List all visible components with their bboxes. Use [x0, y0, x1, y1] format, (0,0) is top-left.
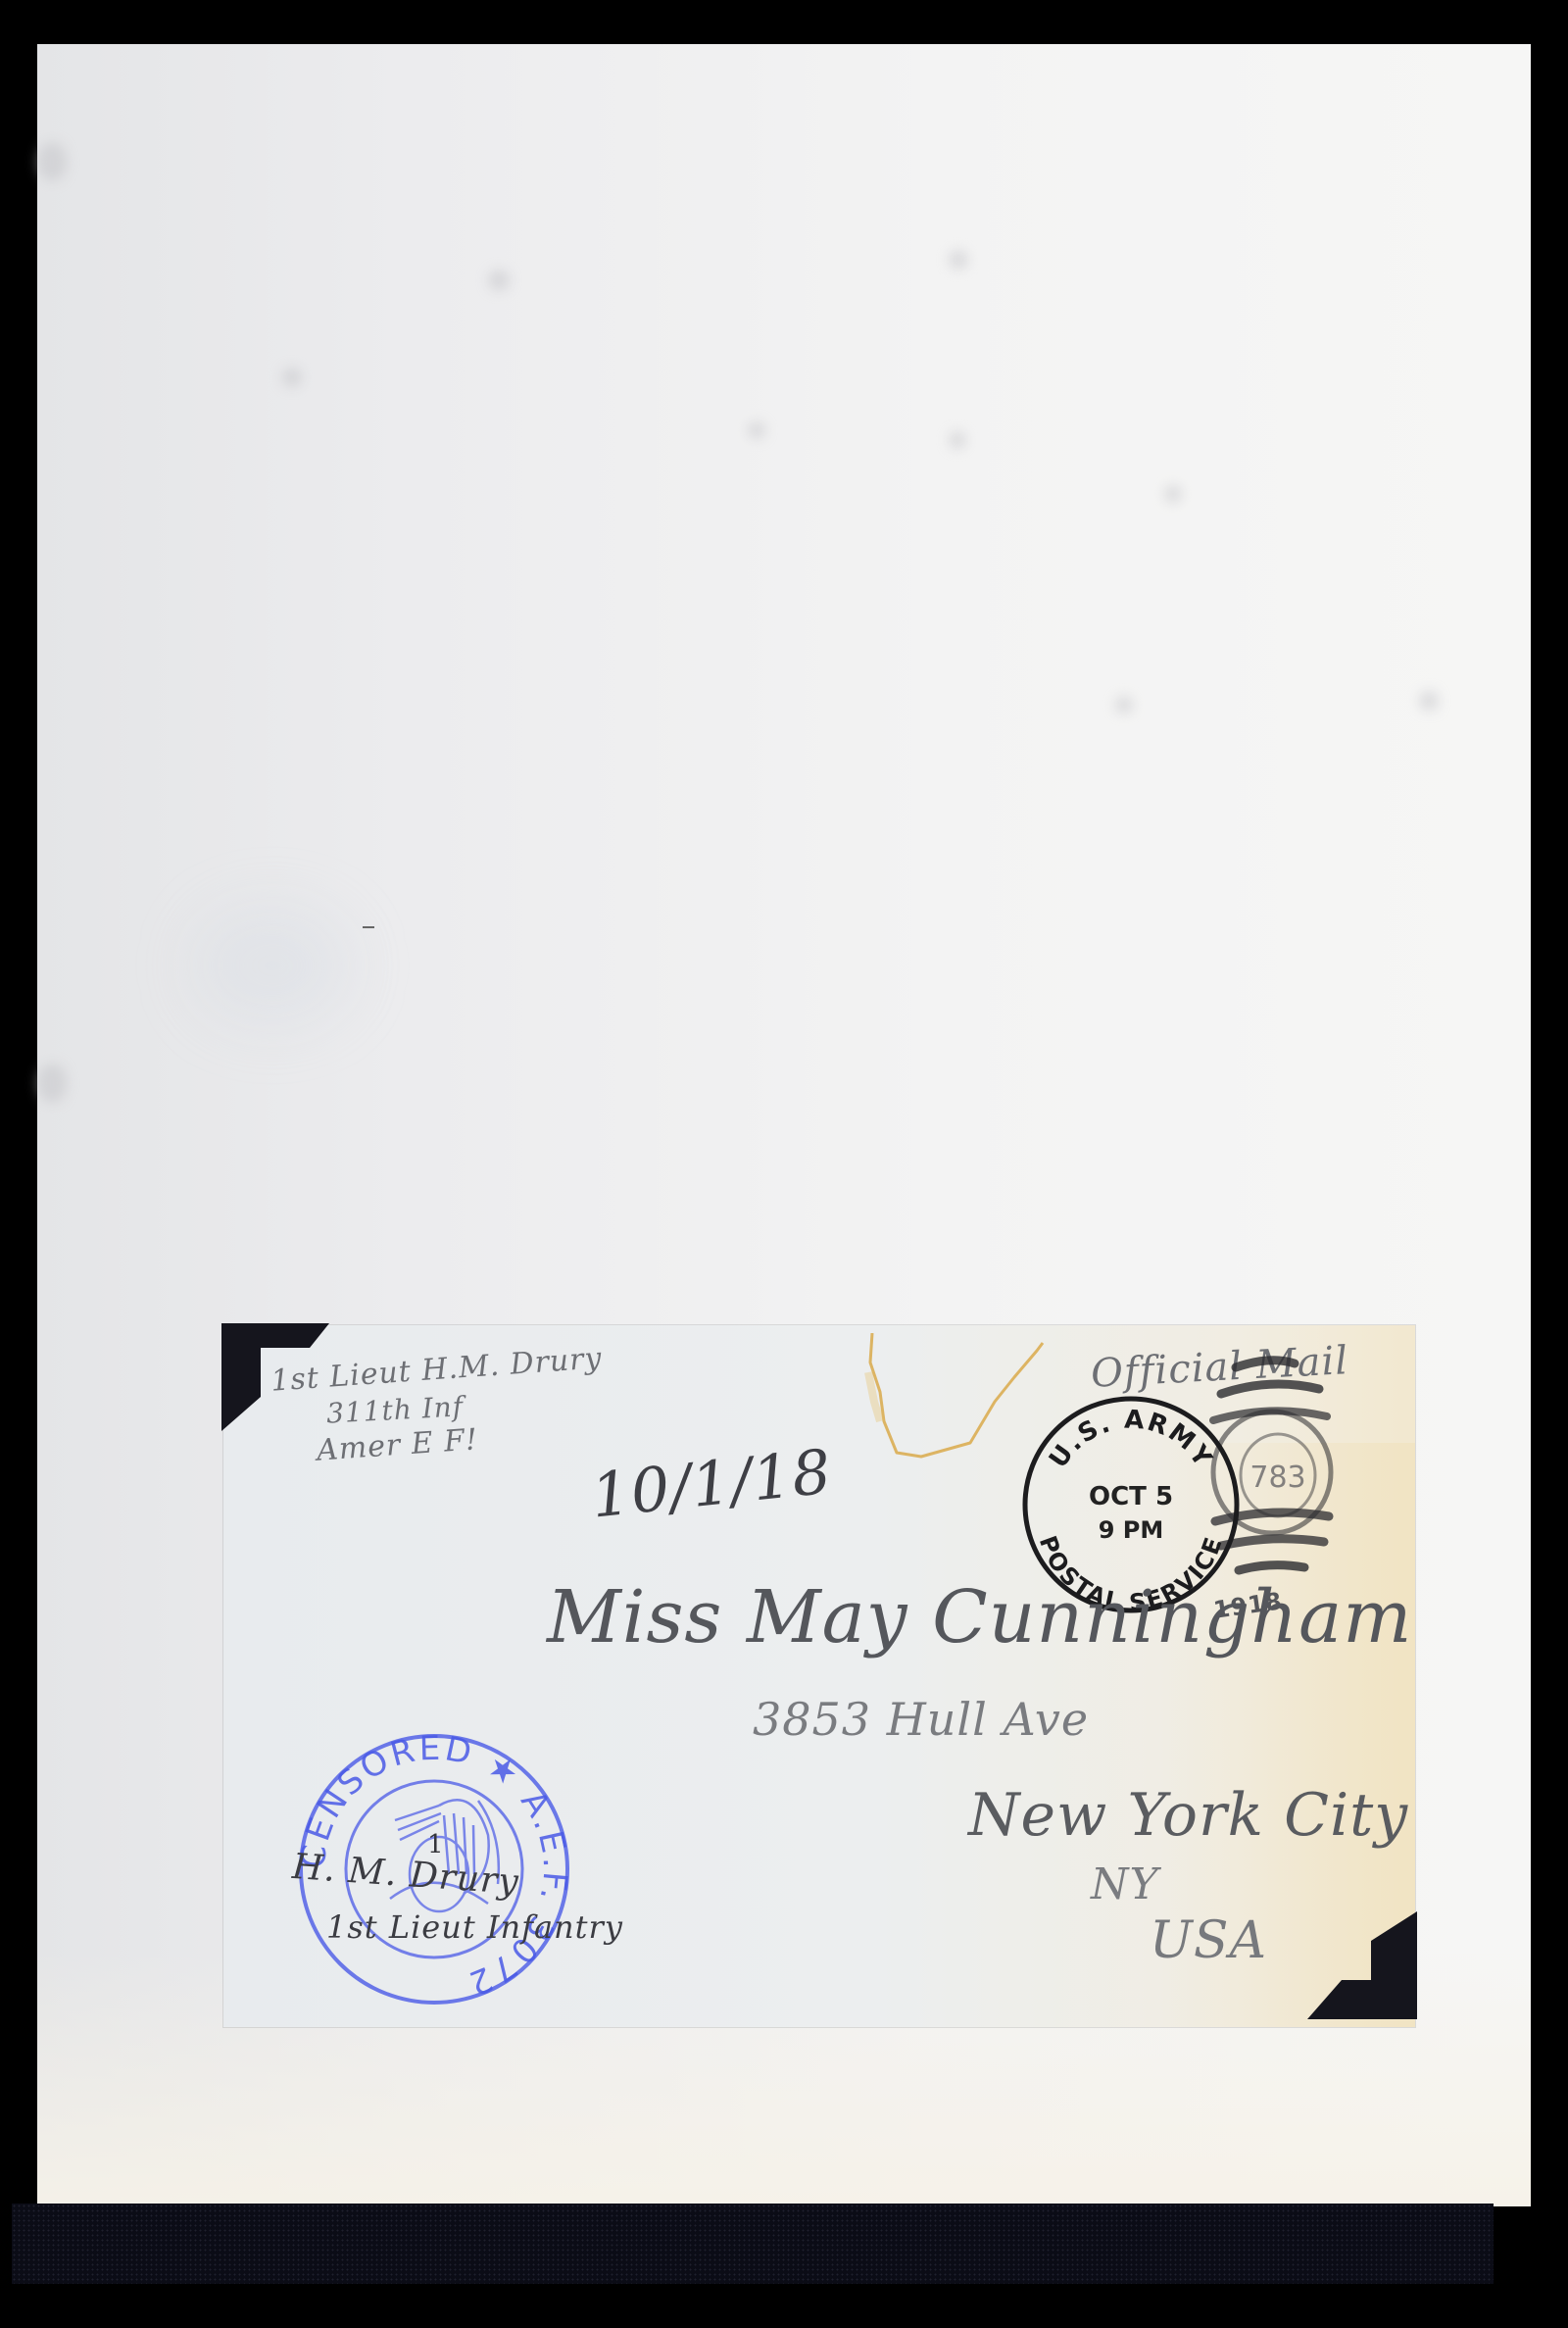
page-shadow-mark — [282, 368, 302, 387]
sender-signature-title: 1st Lieut Infantry — [326, 1908, 623, 1946]
page-shadow-mark — [37, 1064, 67, 1103]
page-shadow-mark — [949, 431, 966, 449]
page-shadow-mark — [949, 250, 968, 270]
return-address-line2: 311th Inf — [325, 1390, 465, 1429]
envelope-cover[interactable]: 1st Lieut H.M. Drury 311th Inf Amer E F!… — [223, 1325, 1415, 2027]
addressee-city: New York City — [968, 1781, 1408, 1850]
addressee-street: 3853 Hull Ave — [753, 1693, 1089, 1746]
addressee-country: USA — [1150, 1911, 1267, 1970]
page-shadow-mark — [748, 421, 765, 439]
killer-station-number: 783 — [1249, 1461, 1305, 1495]
page-shadow-mark — [194, 907, 351, 1024]
photo-mount-corner-bottom-right — [1307, 1911, 1417, 2019]
addressee-state: NY — [1091, 1859, 1159, 1909]
page-pencil-mark — [363, 926, 374, 928]
page-shadow-mark — [488, 270, 510, 291]
date-note: 10/1/18 — [588, 1435, 835, 1531]
page-shadow-mark — [1115, 696, 1133, 714]
postmark-date: OCT 5 — [1089, 1482, 1173, 1511]
album-binding-fabric — [12, 2204, 1494, 2284]
censor-mark: 1 — [427, 1830, 444, 1859]
return-address-line3: Amer E F! — [316, 1422, 479, 1467]
postmark-time: 9 PM — [1099, 1516, 1164, 1544]
addressee-name: Miss May Cunningham — [547, 1575, 1412, 1659]
page-shadow-mark — [1164, 485, 1182, 503]
page-shadow-mark — [37, 142, 67, 181]
page-shadow-mark — [1419, 691, 1439, 711]
